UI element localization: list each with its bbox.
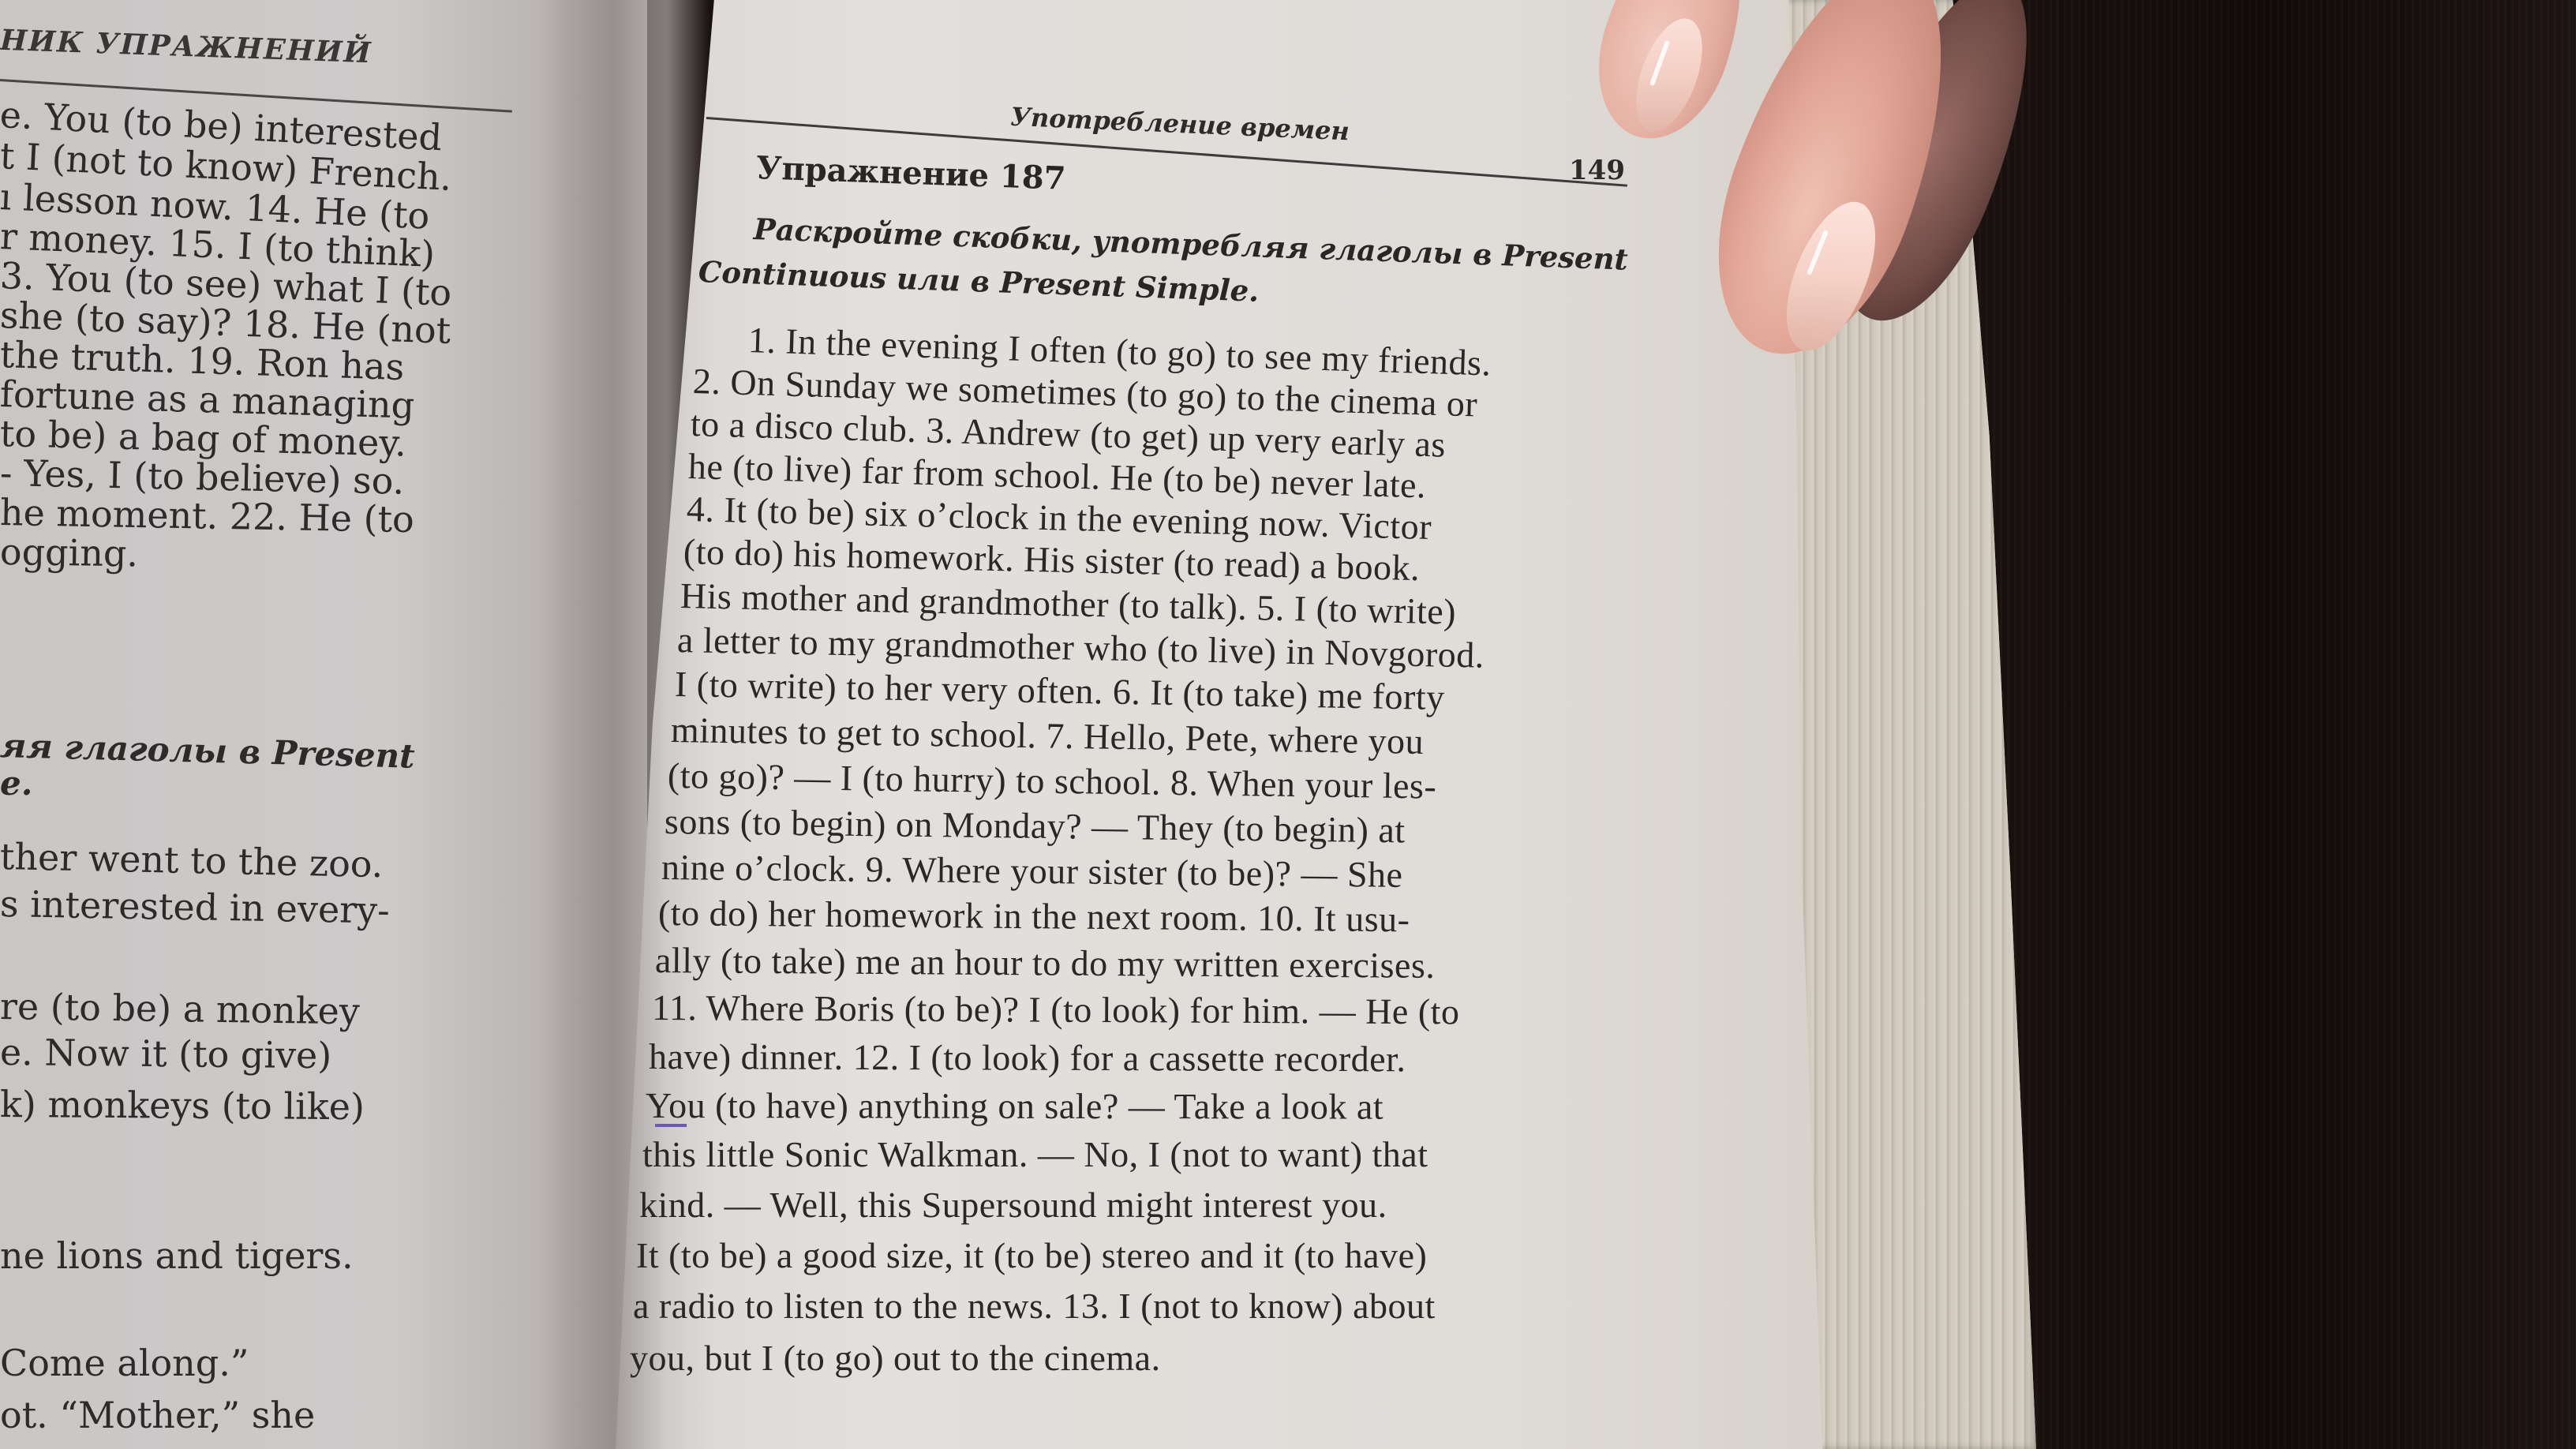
left-story-line: ther went to the zoo. <box>0 835 384 885</box>
left-story-line: k) monkeys (to like) <box>0 1083 365 1128</box>
exercise-line: You (to have) anything on sale? — Take a… <box>646 1084 1383 1128</box>
page-number: 149 <box>1569 155 1625 186</box>
exercise-line: a radio to listen to the news. 13. I (no… <box>633 1285 1436 1327</box>
left-story-line: e. Now it (to give) <box>0 1031 332 1076</box>
exercise-line: It (to be) a good size, it (to be) stere… <box>636 1234 1427 1276</box>
exercise-line: nine o’clock. 9. Where your sister (to b… <box>661 846 1403 896</box>
exercise-line: you, but I (to go) out to the cinema. <box>630 1337 1161 1379</box>
dark-fabric-background <box>1957 0 2576 1449</box>
left-story-line: ot. “Mother,” she <box>0 1394 315 1436</box>
exercise-line: kind. — Well, this Supersound might inte… <box>639 1184 1387 1226</box>
left-instruction-fragment: e. <box>0 764 32 803</box>
left-story-line: s interested in every- <box>0 882 390 932</box>
photo-scene: НИК УПРАЖНЕНИЙ e. You (to be) interested… <box>0 0 2576 1449</box>
exercise-line: have) dinner. 12. I (to look) for a cass… <box>649 1035 1406 1080</box>
exercise-line: ally (to take) me an hour to do my writt… <box>655 939 1436 987</box>
left-story-line: ne lions and tigers. <box>0 1234 354 1277</box>
exercise-line: this little Sonic Walkman. — No, I (not … <box>642 1133 1428 1175</box>
exercise-line: (to do) her homework in the next room. 1… <box>658 892 1410 940</box>
left-line: ogging. <box>0 530 138 575</box>
pen-underline-mark <box>655 1124 687 1127</box>
left-story-line: re (to be) a monkey <box>0 985 360 1032</box>
exercise-line: 11. Where Boris (to be)? I (to look) for… <box>652 987 1460 1032</box>
left-story-line: Come along.” <box>0 1342 249 1384</box>
